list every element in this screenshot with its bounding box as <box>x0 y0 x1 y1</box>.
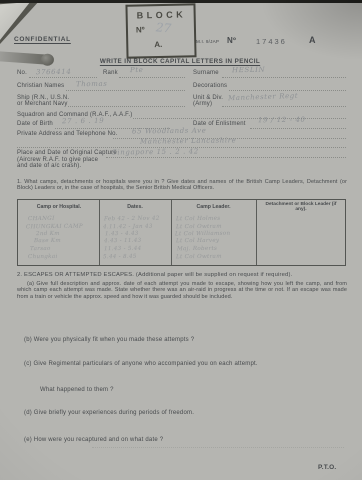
field-rank-value: Pte <box>130 66 144 74</box>
field-christian-line <box>66 90 185 91</box>
ref-dept: M.I. 9/JAP <box>196 39 219 44</box>
field-address-value-1: 65 Woodlands Ave <box>132 127 207 136</box>
question-2b-text: (b) Were you physically fit when you mad… <box>24 337 194 343</box>
field-rank-line <box>119 77 185 78</box>
field-decorations-label: Decorations <box>193 83 227 89</box>
table-row-camp: Tarsao <box>30 246 51 252</box>
field-surname-value: HESLIN <box>232 66 265 74</box>
stamp-no-label: Nº <box>136 25 145 34</box>
table-row-leader: Lt Col Holmes <box>176 216 220 223</box>
table-header-block-leader: Detachment or Block Leader (if any). <box>261 202 341 213</box>
field-ship-label-2: or Merchant Navy <box>17 101 68 107</box>
field-squadron-line <box>133 118 346 119</box>
field-capture-label-3: and date of a/c crash). <box>17 163 81 169</box>
field-capture-line <box>106 157 346 158</box>
field-capture-value: Singapore 15 . 2 . 42 <box>112 147 199 156</box>
field-surname-label: Surname <box>193 70 219 76</box>
table-column-divider <box>256 200 257 265</box>
question-2e-text: (e) How were you recaptured and on what … <box>24 437 163 443</box>
field-ship-line <box>68 106 185 107</box>
field-enlist-value: 19 / 12 - 40 <box>258 116 306 125</box>
field-dob-label: Date of Birth <box>17 121 53 127</box>
answer-smudge-line <box>92 447 344 448</box>
table-row-camp: Base Km <box>34 238 61 244</box>
stamp-handwritten-number: 27 <box>155 20 171 35</box>
table-row-leader: Lt Col Harvey <box>176 238 219 245</box>
block-number-stamp: BLOCK Nº 27 A. <box>125 3 196 58</box>
ref-number: 17436 <box>256 37 287 46</box>
field-no-line <box>29 77 97 78</box>
table-row-leader: Lt Col Owtram <box>176 224 222 231</box>
field-decorations-line <box>229 90 346 91</box>
question-2a-text: (a) Give full description and approx. da… <box>17 281 347 300</box>
field-unit-value: Manchester Regt <box>228 92 298 102</box>
field-enlist-line <box>250 128 346 129</box>
table-row-leader: Maj. Roberts <box>177 246 217 252</box>
confidential-label: CONFIDENTIAL <box>14 36 71 43</box>
table-header-leader: Camp Leader. <box>173 204 254 210</box>
table-row-dates: 11.43 - 5.44 <box>104 246 142 252</box>
ref-series: A <box>309 35 316 45</box>
field-no-label: No. <box>17 70 27 76</box>
instruction-banner: WRITE IN BLOCK CAPITAL LETTERS IN PENCIL <box>60 58 300 65</box>
field-address-label: Private Address and Telephone No. <box>17 131 118 137</box>
string-tag <box>0 51 52 65</box>
table-row-camp: CHANGI <box>28 216 55 222</box>
table-header-camp: Camp or Hospital. <box>20 204 98 210</box>
ref-no-label: Nº <box>227 36 236 45</box>
field-unit-line <box>222 106 346 107</box>
table-row-dates: Feb 42 - 2 Nov 42 <box>104 216 160 223</box>
table-row-dates: 5.44 - 8.45 <box>103 254 137 260</box>
camps-table: Camp or Hospital. Dates. Camp Leader. De… <box>17 199 346 266</box>
table-row-leader: Lt Col Williamson <box>175 231 230 238</box>
field-no-value: 3766414 <box>36 68 71 76</box>
table-row-camp: 2nd Km <box>36 231 60 237</box>
question-2d-text: (d) Give briefly your experiences during… <box>24 410 194 416</box>
question-1-text: 1. What camps, detachments or hospitals … <box>17 179 347 192</box>
field-christian-value: Thomas <box>76 80 108 88</box>
table-column-divider <box>99 200 100 265</box>
table-column-divider <box>171 200 172 265</box>
field-surname-line <box>222 77 346 78</box>
field-address-value-2: Manchester Lancashire <box>140 136 236 145</box>
table-row-dates: 4.11.42 - Jan 43 <box>103 224 153 231</box>
field-dob-value: 27 . 6 . 19 <box>62 117 104 126</box>
stamp-suffix: A. <box>154 40 162 49</box>
field-rank-label: Rank <box>103 70 118 76</box>
field-capture-label-1: Place and Date of Original Capture <box>17 150 117 156</box>
field-unit-label-2: (Army) <box>193 101 212 107</box>
table-header-dates: Dates. <box>101 204 169 210</box>
stamp-title: BLOCK <box>137 9 187 20</box>
table-row-camp: CHUNGKAI CAMP <box>26 224 83 231</box>
table-row-leader: Lt Col Owtram <box>176 254 222 261</box>
question-2c-text: (c) Give Regimental particulars of anyon… <box>24 361 258 367</box>
table-row-dates: 4.43 - 11.43 <box>104 238 142 244</box>
section-2-heading: 2. ESCAPES OR ATTEMPTED ESCAPES. (Additi… <box>17 272 292 278</box>
scanned-form-page: CONFIDENTIAL BLOCK Nº 27 A. M.I. 9/JAP N… <box>0 0 362 480</box>
scan-top-edge <box>0 0 362 3</box>
table-row-camp: Chungkai <box>28 254 58 260</box>
table-row-dates: 1.43 - 4.43 <box>105 231 139 237</box>
pto-label: P.T.O. <box>318 464 336 471</box>
field-christian-label: Christian Names <box>17 83 64 89</box>
question-2c2-text: What happened to them ? <box>40 387 114 393</box>
